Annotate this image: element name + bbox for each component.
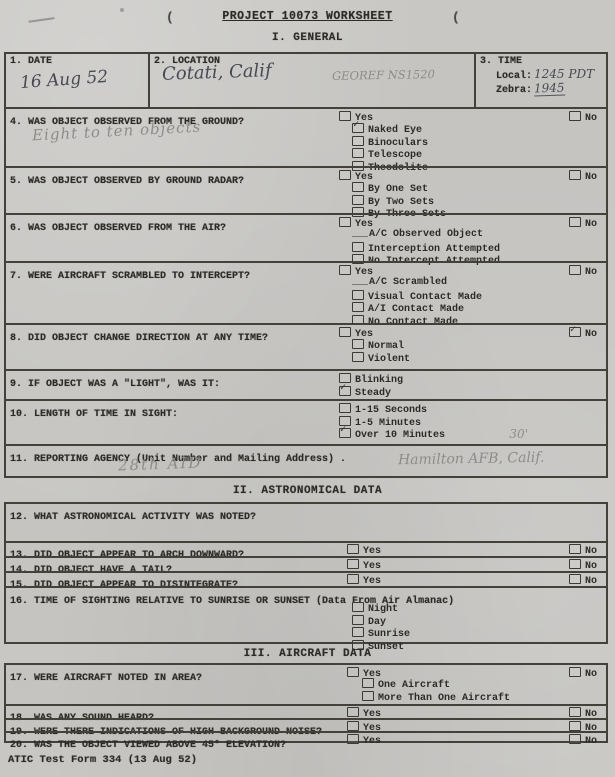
general-table: 1. DATE 16 Aug 52 2. LOCATION Cotati, Ca… xyxy=(4,52,608,478)
q18-no-checkbox[interactable] xyxy=(569,707,581,717)
q4-option-checkbox[interactable] xyxy=(352,136,364,146)
question-row-10: 10. LENGTH OF TIME IN SIGHT: 1-15 Second… xyxy=(6,399,606,444)
question-row-14: 14. DID OBJECT HAVE A TAIL? Yes No xyxy=(6,556,606,571)
time-field: 3. TIME Local:1245 PDT Zebra:1945 xyxy=(476,54,606,107)
q9-option-label: Steady xyxy=(355,388,391,399)
q13-no-checkbox[interactable] xyxy=(569,544,581,554)
question-7-label: 7. WERE AIRCRAFT SCRAMBLED TO INTERCEPT? xyxy=(10,271,250,282)
yes-label: Yes xyxy=(363,736,381,747)
no-label: No xyxy=(585,736,597,747)
q10-option-label: Over 10 Minutes xyxy=(355,430,445,441)
q6-blank-line[interactable]: ___ xyxy=(352,229,367,240)
q15-yes-checkbox[interactable] xyxy=(347,574,359,584)
q16-option-label: Day xyxy=(368,617,386,628)
q14-no-checkbox[interactable] xyxy=(569,559,581,569)
q4-option-label: Telescope xyxy=(368,150,422,161)
header-row: 1. DATE 16 Aug 52 2. LOCATION Cotati, Ca… xyxy=(6,54,606,107)
location-value[interactable]: Cotati, Calif xyxy=(162,60,272,85)
question-12-label: 12. WHAT ASTRONOMICAL ACTIVITY WAS NOTED… xyxy=(10,512,256,523)
question-row-7: 7. WERE AIRCRAFT SCRAMBLED TO INTERCEPT?… xyxy=(6,261,606,323)
q16-option-label: Sunrise xyxy=(368,629,410,640)
question-row-17: 17. WERE AIRCRAFT NOTED IN AREA? Yes No … xyxy=(6,665,606,704)
q9-option-checkbox[interactable] xyxy=(339,386,351,396)
q18-yes-checkbox[interactable] xyxy=(347,707,359,717)
q10-pencil-note: 30' xyxy=(509,427,528,441)
location-field: 2. LOCATION Cotati, Calif GEOREF NS1520 xyxy=(150,54,476,107)
q5-option-checkbox[interactable] xyxy=(352,195,364,205)
q10-option-checkbox[interactable] xyxy=(339,403,351,413)
question-17-label: 17. WERE AIRCRAFT NOTED IN AREA? xyxy=(10,673,202,684)
q16-option-checkbox[interactable] xyxy=(352,615,364,625)
q10-option-checkbox[interactable] xyxy=(339,428,351,438)
q19-no-checkbox[interactable] xyxy=(569,721,581,731)
page-title: PROJECT 10073 WORKSHEET xyxy=(0,10,615,23)
time-zebra-value[interactable]: 1945 xyxy=(534,80,565,96)
question-row-15: 15. DID OBJECT APPEAR TO DISINTEGRATE? Y… xyxy=(6,571,606,586)
location-pencil-note: GEOREF NS1520 xyxy=(332,67,435,83)
q6-option-label: Interception Attempted xyxy=(368,244,500,255)
q19-yes-checkbox[interactable] xyxy=(347,721,359,731)
question-row-20: 20. WAS THE OBJECT VIEWED ABOVE 45° ELEV… xyxy=(6,731,606,745)
q10-option-label: 1-5 Minutes xyxy=(355,418,421,429)
q6-yes-checkbox[interactable] xyxy=(339,217,351,227)
section-heading-general: I. GENERAL xyxy=(0,32,615,44)
q8-option-label: Normal xyxy=(368,341,404,352)
q11-pencil-note-address[interactable]: Hamilton AFB, Calif. xyxy=(398,450,545,469)
q17-option-checkbox[interactable] xyxy=(362,691,374,701)
no-label: No xyxy=(585,329,597,340)
date-value[interactable]: 16 Aug 52 xyxy=(19,67,108,93)
q4-yes-checkbox[interactable] xyxy=(339,111,351,121)
question-row-16: 16. TIME OF SIGHTING RELATIVE TO SUNRISE… xyxy=(6,586,606,644)
section-heading-aircraft: III. AIRCRAFT DATA xyxy=(0,648,615,660)
time-zebra-label: Zebra: xyxy=(496,85,532,96)
no-label: No xyxy=(585,669,597,680)
question-row-8: 8. DID OBJECT CHANGE DIRECTION AT ANY TI… xyxy=(6,323,606,369)
question-row-5: 5. WAS OBJECT OBSERVED BY GROUND RADAR? … xyxy=(6,166,606,213)
q8-option-label: Violent xyxy=(368,354,410,365)
q8-option-checkbox[interactable] xyxy=(352,339,364,349)
question-row-13: 13. DID OBJECT APPEAR TO ARCH DOWNWARD? … xyxy=(6,541,606,556)
no-label: No xyxy=(585,267,597,278)
q17-option-label: More Than One Aircraft xyxy=(378,693,510,704)
question-10-label: 10. LENGTH OF TIME IN SIGHT: xyxy=(10,409,178,420)
q20-yes-checkbox[interactable] xyxy=(347,734,359,744)
question-20-label: 20. WAS THE OBJECT VIEWED ABOVE 45° ELEV… xyxy=(10,740,286,751)
q6-option-checkbox[interactable] xyxy=(352,242,364,252)
q4-option-label: Binoculars xyxy=(368,138,428,149)
question-row-4: 4. WAS OBJECT OBSERVED FROM THE GROUND? … xyxy=(6,107,606,166)
q8-option-checkbox[interactable] xyxy=(352,352,364,362)
q16-option-checkbox[interactable] xyxy=(352,602,364,612)
q15-no-checkbox[interactable] xyxy=(569,574,581,584)
question-6-label: 6. WAS OBJECT OBSERVED FROM THE AIR? xyxy=(10,223,226,234)
stray-paren-right: ( xyxy=(452,10,460,25)
q7-blank-line[interactable]: ___ xyxy=(352,277,367,288)
q9-option-label: Blinking xyxy=(355,375,403,386)
no-label: No xyxy=(585,113,597,124)
q16-option-label: Night xyxy=(368,604,398,615)
q14-yes-checkbox[interactable] xyxy=(347,559,359,569)
q16-option-checkbox[interactable] xyxy=(352,627,364,637)
question-row-12: 12. WHAT ASTRONOMICAL ACTIVITY WAS NOTED… xyxy=(6,504,606,541)
question-row-6: 6. WAS OBJECT OBSERVED FROM THE AIR? Yes… xyxy=(6,213,606,261)
q7-option-label: A/I Contact Made xyxy=(368,304,464,315)
section-heading-astronomical: II. ASTRONOMICAL DATA xyxy=(0,485,615,497)
q7-no-checkbox[interactable] xyxy=(569,265,581,275)
q4-option-checkbox[interactable] xyxy=(352,148,364,158)
q5-yes-checkbox[interactable] xyxy=(339,170,351,180)
q7-option-checkbox[interactable] xyxy=(352,290,364,300)
q8-yes-checkbox[interactable] xyxy=(339,327,351,337)
q7-option-checkbox[interactable] xyxy=(352,302,364,312)
q5-option-checkbox[interactable] xyxy=(352,182,364,192)
q7-option-label: A/C Scrambled xyxy=(369,277,447,288)
q7-option-label: Visual Contact Made xyxy=(368,292,482,303)
time-label: 3. TIME xyxy=(480,56,602,67)
no-label: No xyxy=(585,172,597,183)
date-field: 1. DATE 16 Aug 52 xyxy=(6,54,150,107)
q10-option-label: 1-15 Seconds xyxy=(355,405,427,416)
worksheet-page: ( PROJECT 10073 WORKSHEET ( I. GENERAL 1… xyxy=(0,0,615,777)
question-row-19: 19. WERE THERE INDICATIONS OF HIGH BACKG… xyxy=(6,718,606,731)
q13-yes-checkbox[interactable] xyxy=(347,544,359,554)
time-local-value[interactable]: 1245 PDT xyxy=(534,67,594,81)
question-row-9: 9. IF OBJECT WAS A "LIGHT", WAS IT: Blin… xyxy=(6,369,606,399)
q8-no-checkbox[interactable] xyxy=(569,327,581,337)
q5-option-label: By Two Sets xyxy=(368,197,434,208)
q6-option-label: A/C Observed Object xyxy=(369,229,483,240)
question-9-label: 9. IF OBJECT WAS A "LIGHT", WAS IT: xyxy=(10,379,220,390)
date-label: 1. DATE xyxy=(10,56,144,67)
question-8-label: 8. DID OBJECT CHANGE DIRECTION AT ANY TI… xyxy=(10,333,268,344)
q11-pencil-note-unit[interactable]: 28th AID xyxy=(118,454,203,475)
question-row-11: 11. REPORTING AGENCY (Unit Number and Ma… xyxy=(6,444,606,480)
q7-yes-checkbox[interactable] xyxy=(339,265,351,275)
q5-no-checkbox[interactable] xyxy=(569,170,581,180)
q20-no-checkbox[interactable] xyxy=(569,734,581,744)
q17-no-checkbox[interactable] xyxy=(569,667,581,677)
q4-no-checkbox[interactable] xyxy=(569,111,581,121)
q9-option-checkbox[interactable] xyxy=(339,373,351,383)
form-number: ATIC Test Form 334 (13 Aug 52) xyxy=(8,754,197,766)
question-row-18: 18. WAS ANY SOUND HEARD? Yes No xyxy=(6,704,606,718)
q4-option-checkbox[interactable] xyxy=(352,123,364,133)
q17-option-checkbox[interactable] xyxy=(362,678,374,688)
q10-option-checkbox[interactable] xyxy=(339,416,351,426)
aircraft-table: 17. WERE AIRCRAFT NOTED IN AREA? Yes No … xyxy=(4,663,608,743)
astronomical-table: 12. WHAT ASTRONOMICAL ACTIVITY WAS NOTED… xyxy=(4,502,608,644)
q5-option-label: By One Set xyxy=(368,184,428,195)
q6-no-checkbox[interactable] xyxy=(569,217,581,227)
no-label: No xyxy=(585,219,597,230)
question-5-label: 5. WAS OBJECT OBSERVED BY GROUND RADAR? xyxy=(10,176,244,187)
q4-option-label: Naked Eye xyxy=(368,125,422,136)
q17-yes-checkbox[interactable] xyxy=(347,667,359,677)
q17-option-label: One Aircraft xyxy=(378,680,450,691)
